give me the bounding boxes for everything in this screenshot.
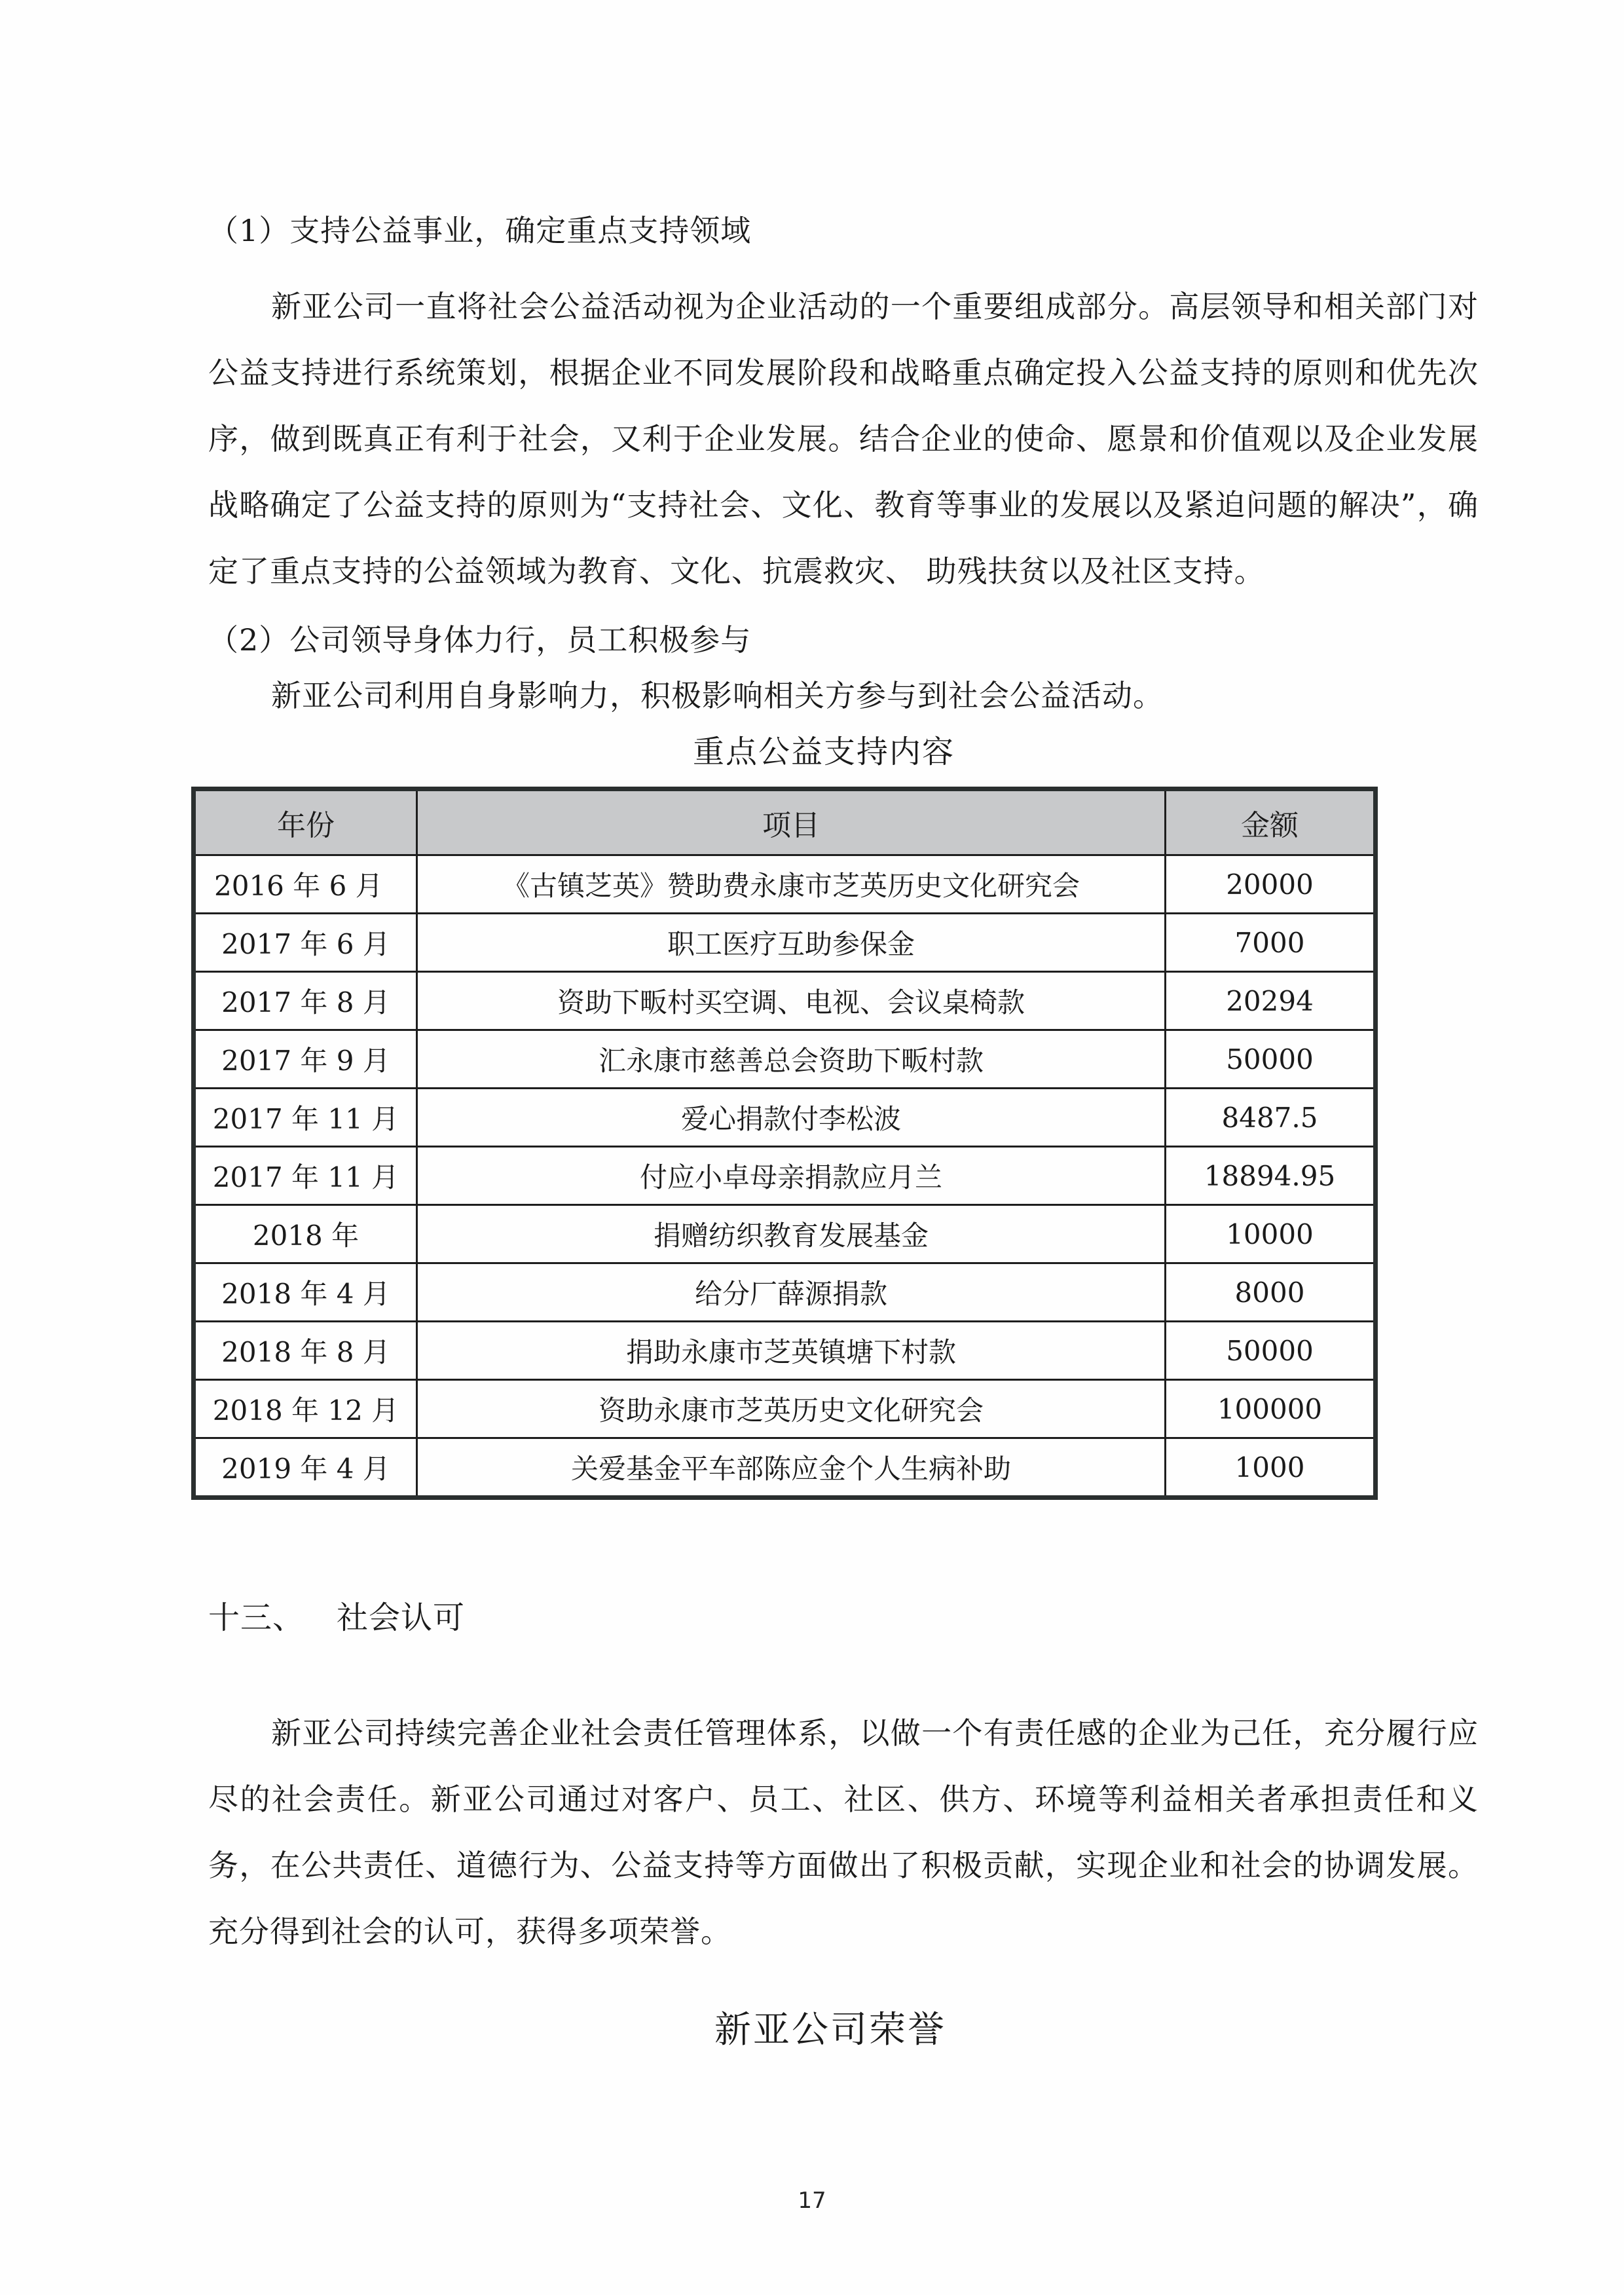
cell-year: 2017 年 11 月 <box>194 1147 417 1205</box>
section-title: 社会认可 <box>337 1599 465 1636</box>
table-row: 2018 年 8 月 捐助永康市芝英镇塘下村款 50000 <box>194 1322 1376 1380</box>
paragraph-leadership-participation: 新亚公司利用自身影响力，积极影响相关方参与到社会公益活动。 <box>208 666 1479 725</box>
header-project: 项目 <box>417 789 1166 855</box>
table-row: 2017 年 9 月 汇永康市慈善总会资助下畈村款 50000 <box>194 1030 1376 1089</box>
cell-project: 职工医疗互助参保金 <box>417 914 1166 972</box>
cell-amount: 8487.5 <box>1166 1089 1376 1147</box>
cell-amount: 20000 <box>1166 855 1376 914</box>
table-row: 2017 年 6 月 职工医疗互助参保金 7000 <box>194 914 1376 972</box>
section-number: 十三、 <box>208 1598 337 1637</box>
paragraph-public-welfare-focus: 新亚公司一直将社会公益活动视为企业活动的一个重要组成部分。高层领导和相关部门对公… <box>208 274 1479 605</box>
table-title: 重点公益支持内容 <box>208 729 1479 775</box>
cell-amount: 20294 <box>1166 972 1376 1030</box>
cell-project: 爱心捐款付李松波 <box>417 1089 1166 1147</box>
cell-year: 2017 年 6 月 <box>194 914 417 972</box>
cell-amount: 100000 <box>1166 1380 1376 1438</box>
cell-amount: 50000 <box>1166 1030 1376 1089</box>
honors-title: 新亚公司荣誉 <box>208 2004 1479 2057</box>
paragraph-social-recognition: 新亚公司持续完善企业社会责任管理体系，以做一个有责任感的企业为己任，充分履行应尽… <box>208 1700 1479 1965</box>
cell-year: 2018 年 4 月 <box>194 1263 417 1322</box>
table-row: 2017 年 11 月 付应小卓母亲捐款应月兰 18894.95 <box>194 1147 1376 1205</box>
cell-project: 汇永康市慈善总会资助下畈村款 <box>417 1030 1166 1089</box>
table-row: 2018 年 捐赠纺织教育发展基金 10000 <box>194 1205 1376 1263</box>
page-number: 17 <box>0 2188 1624 2214</box>
cell-year: 2019 年 4 月 <box>194 1438 417 1498</box>
support-content-table: 年份 项目 金额 2016 年 6 月 《古镇芝英》赞助费永康市芝英历史文化研究… <box>191 787 1378 1500</box>
cell-year: 2018 年 8 月 <box>194 1322 417 1380</box>
cell-project: 关爱基金平车部陈应金个人生病补助 <box>417 1438 1166 1498</box>
cell-project: 捐助永康市芝英镇塘下村款 <box>417 1322 1166 1380</box>
subsection-heading-1: （1）支持公益事业，确定重点支持领域 <box>208 211 1479 250</box>
cell-project: 《古镇芝英》赞助费永康市芝英历史文化研究会 <box>417 855 1166 914</box>
table-row: 2016 年 6 月 《古镇芝英》赞助费永康市芝英历史文化研究会 20000 <box>194 855 1376 914</box>
header-year: 年份 <box>194 789 417 855</box>
cell-amount: 18894.95 <box>1166 1147 1376 1205</box>
cell-year: 2016 年 6 月 <box>194 855 417 914</box>
page-content: （1）支持公益事业，确定重点支持领域 新亚公司一直将社会公益活动视为企业活动的一… <box>208 211 1479 2057</box>
cell-year: 2017 年 9 月 <box>194 1030 417 1089</box>
header-amount: 金额 <box>1166 789 1376 855</box>
cell-project: 给分厂薛源捐款 <box>417 1263 1166 1322</box>
cell-amount: 1000 <box>1166 1438 1376 1498</box>
cell-project: 捐赠纺织教育发展基金 <box>417 1205 1166 1263</box>
cell-amount: 10000 <box>1166 1205 1376 1263</box>
cell-project: 资助永康市芝英历史文化研究会 <box>417 1380 1166 1438</box>
table-row: 2019 年 4 月 关爱基金平车部陈应金个人生病补助 1000 <box>194 1438 1376 1498</box>
document-page: （1）支持公益事业，确定重点支持领域 新亚公司一直将社会公益活动视为企业活动的一… <box>0 0 1624 2295</box>
cell-amount: 7000 <box>1166 914 1376 972</box>
table-header-row: 年份 项目 金额 <box>194 789 1376 855</box>
section-13-heading: 十三、社会认可 <box>208 1598 1479 1637</box>
table-row: 2017 年 8 月 资助下畈村买空调、电视、会议桌椅款 20294 <box>194 972 1376 1030</box>
cell-project: 付应小卓母亲捐款应月兰 <box>417 1147 1166 1205</box>
table-row: 2017 年 11 月 爱心捐款付李松波 8487.5 <box>194 1089 1376 1147</box>
cell-project: 资助下畈村买空调、电视、会议桌椅款 <box>417 972 1166 1030</box>
cell-year: 2018 年 <box>194 1205 417 1263</box>
cell-year: 2017 年 8 月 <box>194 972 417 1030</box>
cell-amount: 8000 <box>1166 1263 1376 1322</box>
cell-year: 2018 年 12 月 <box>194 1380 417 1438</box>
table-row: 2018 年 12 月 资助永康市芝英历史文化研究会 100000 <box>194 1380 1376 1438</box>
table-row: 2018 年 4 月 给分厂薛源捐款 8000 <box>194 1263 1376 1322</box>
cell-year: 2017 年 11 月 <box>194 1089 417 1147</box>
subsection-heading-2: （2）公司领导身体力行，员工积极参与 <box>208 620 1479 660</box>
cell-amount: 50000 <box>1166 1322 1376 1380</box>
